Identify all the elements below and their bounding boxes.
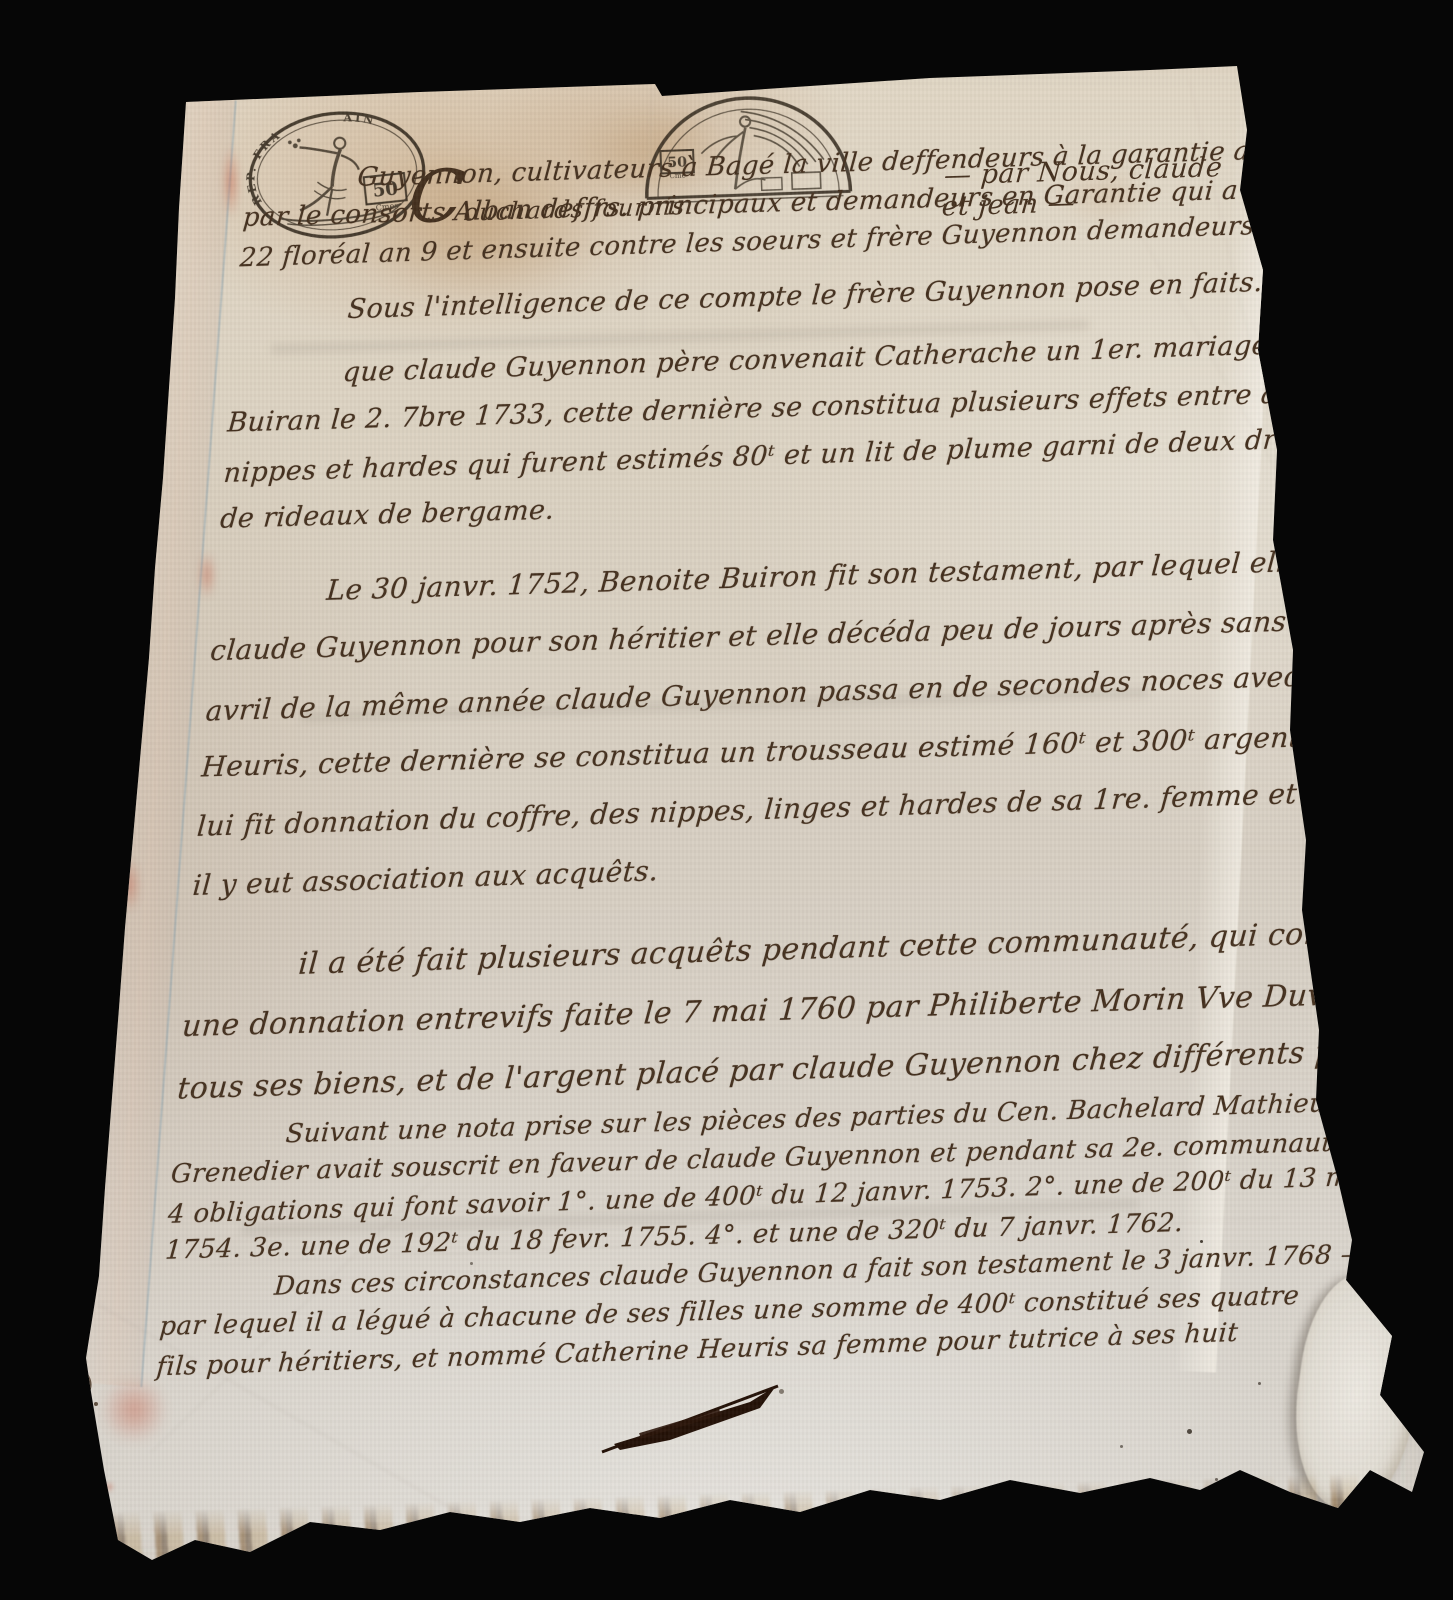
ink-smear: [600, 1378, 800, 1462]
margin-ink-scribble: [38, 1352, 122, 1436]
stamp-arc-right-text: AIN: [341, 108, 378, 131]
manuscript-body: Couchards fournis — par Nous, claude et …: [155, 120, 1257, 1385]
paragraph: Suivant une nota prise sur les pièces de…: [164, 1089, 1185, 1271]
paragraph: Guyennon, cultivateurs à Bagé la ville d…: [239, 132, 1257, 276]
stain: [102, 1480, 116, 1494]
paragraph: Le 30 janvr. 1752, Benoite Buiron fit so…: [191, 535, 1227, 914]
manuscript-page: REP. FRA AIN 50 Cmes: [0, 0, 1453, 1600]
svg-text:AIN: AIN: [341, 108, 378, 131]
paragraph: il a été fait plusieurs acquêts pendant …: [175, 908, 1198, 1118]
deckle-edge: [99, 1472, 1370, 1572]
photo-background: REP. FRA AIN 50 Cmes: [0, 0, 1453, 1600]
paragraph: que claude Guyennon père convenait Cathe…: [218, 323, 1242, 545]
